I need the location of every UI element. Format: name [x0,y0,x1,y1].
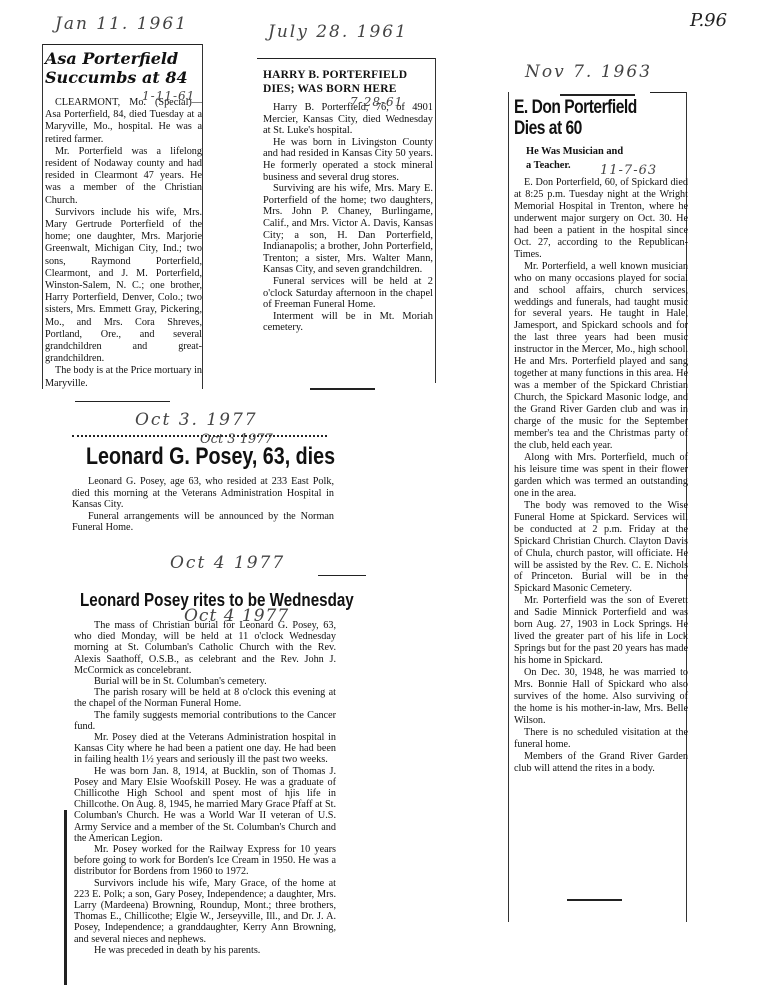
headline-line: E. Don Porterfield [514,97,657,118]
article-body: Harry B. Porterfield, 76, of 4901 Mercie… [255,102,433,334]
handwritten-date: July 28. 1961 [268,22,408,42]
handwritten-date: Oct 3. 1977 [135,410,258,430]
paragraph: He was preceded in death by his parents. [74,945,336,956]
paragraph: The mass of Christian burial for Leonard… [74,620,336,676]
headline: E. Don Porterfield Dies at 60 [514,97,657,139]
paragraph: Leonard G. Posey, age 63, who resided at… [72,476,334,511]
headline: HARRY B. PORTERFIELD DIES; WAS BORN HERE [263,68,433,96]
handwritten-date: Jan 11. 1961 [55,14,188,34]
paragraph: Mr. Porterfield, a well known musician w… [514,261,688,452]
handwritten-note: Oct 4 1977 [184,606,289,626]
headline-line: DIES; WAS BORN HERE [263,82,433,96]
paragraph: The family suggests memorial contributio… [74,710,336,732]
headline-line: Succumbs at 84 [45,68,202,87]
paragraph: Harry B. Porterfield, 76, of 4901 Mercie… [263,102,433,137]
subhead-line: He Was Musician and [526,145,688,159]
paragraph: The body was removed to the Wise Funeral… [514,500,688,596]
column-border [202,44,203,389]
paragraph: Interment will be in Mt. Moriah cemetery… [263,311,433,334]
paragraph: Mr. Porterfield was the son of Everett a… [514,595,688,667]
headline: Leonard G. Posey, 63, dies [86,444,288,470]
paragraph: Mr. Posey worked for the Railway Express… [74,844,336,878]
article-body: The mass of Christian burial for Leonard… [74,620,336,956]
clipping-edge [64,810,67,985]
article-body: Leonard G. Posey, age 63, who resided at… [72,476,334,534]
divider [310,388,375,390]
divider [318,575,366,576]
paragraph: The parish rosary will be held at 8 o'cl… [74,687,336,709]
divider [257,58,435,59]
clipping-leonard-posey-dies: Oct 3 1977 Leonard G. Posey, 63, dies Le… [72,436,332,534]
paragraph: There is no scheduled visitation at the … [514,727,688,751]
handwritten-note: 7-28-61 [350,95,403,109]
headline-line: Dies at 60 [514,118,657,139]
handwritten-note: 11-7-63 [600,163,657,178]
handwritten-date: Oct 4 1977 [170,553,285,573]
paragraph: Mr. Posey died at the Veterans Administr… [74,732,336,766]
article-body: E. Don Porterfield, 60, of Spickard died… [508,177,688,775]
paragraph: E. Don Porterfield, 60, of Spickard died… [514,177,688,261]
paragraph: The body is at the Price mortuary in Mar… [45,365,202,389]
divider [567,899,622,901]
paragraph: Along with Mrs. Porterfield, much of his… [514,452,688,500]
page-number: P.96 [690,10,727,31]
paragraph: Surviving are his wife, Mrs. Mary E. Por… [263,183,433,276]
handwritten-date: Nov 7. 1963 [525,62,652,82]
paragraph: CLEARMONT, Mo. (Special)— Asa Porterfiel… [45,97,202,146]
handwritten-note: 1-11-61 [142,89,195,103]
paragraph: Survivors include his wife, Mrs. Mary Ge… [45,207,202,366]
paragraph: Survivors include his wife, Mary Grace, … [74,878,336,945]
column-border [435,58,436,383]
headline-line: Asa Porterfield [45,49,202,68]
paragraph: He was born in Livingston County and had… [263,137,433,183]
paragraph: On Dec. 30, 1948, he was married to Mrs.… [514,667,688,727]
article-body: CLEARMONT, Mo. (Special)— Asa Porterfiel… [42,97,202,390]
paragraph: Burial will be in St. Columban's cemeter… [74,676,336,687]
clipping-don-porterfield: E. Don Porterfield Dies at 60 He Was Mus… [508,93,688,775]
clipping-leonard-posey-rites: Leonard Posey rites to be Wednesday Oct … [74,580,336,956]
clipping-harry-porterfield: HARRY B. PORTERFIELD DIES; WAS BORN HERE… [255,60,433,334]
paragraph: Mr. Porterfield was a lifelong resident … [45,146,202,207]
headline-line: HARRY B. PORTERFIELD [263,68,433,82]
clipping-asa-porterfield: Asa Porterfield Succumbs at 84 1-11-61 C… [42,43,202,390]
divider [75,401,170,402]
paragraph: Funeral arrangements will be announced b… [72,511,334,534]
paragraph: Members of the Grand River Garden club w… [514,751,688,775]
headline: Asa Porterfield Succumbs at 84 [45,49,202,87]
paragraph: Funeral services will be held at 2 o'clo… [263,276,433,311]
paragraph: He was born Jan. 8, 1914, at Bucklin, so… [74,766,336,844]
